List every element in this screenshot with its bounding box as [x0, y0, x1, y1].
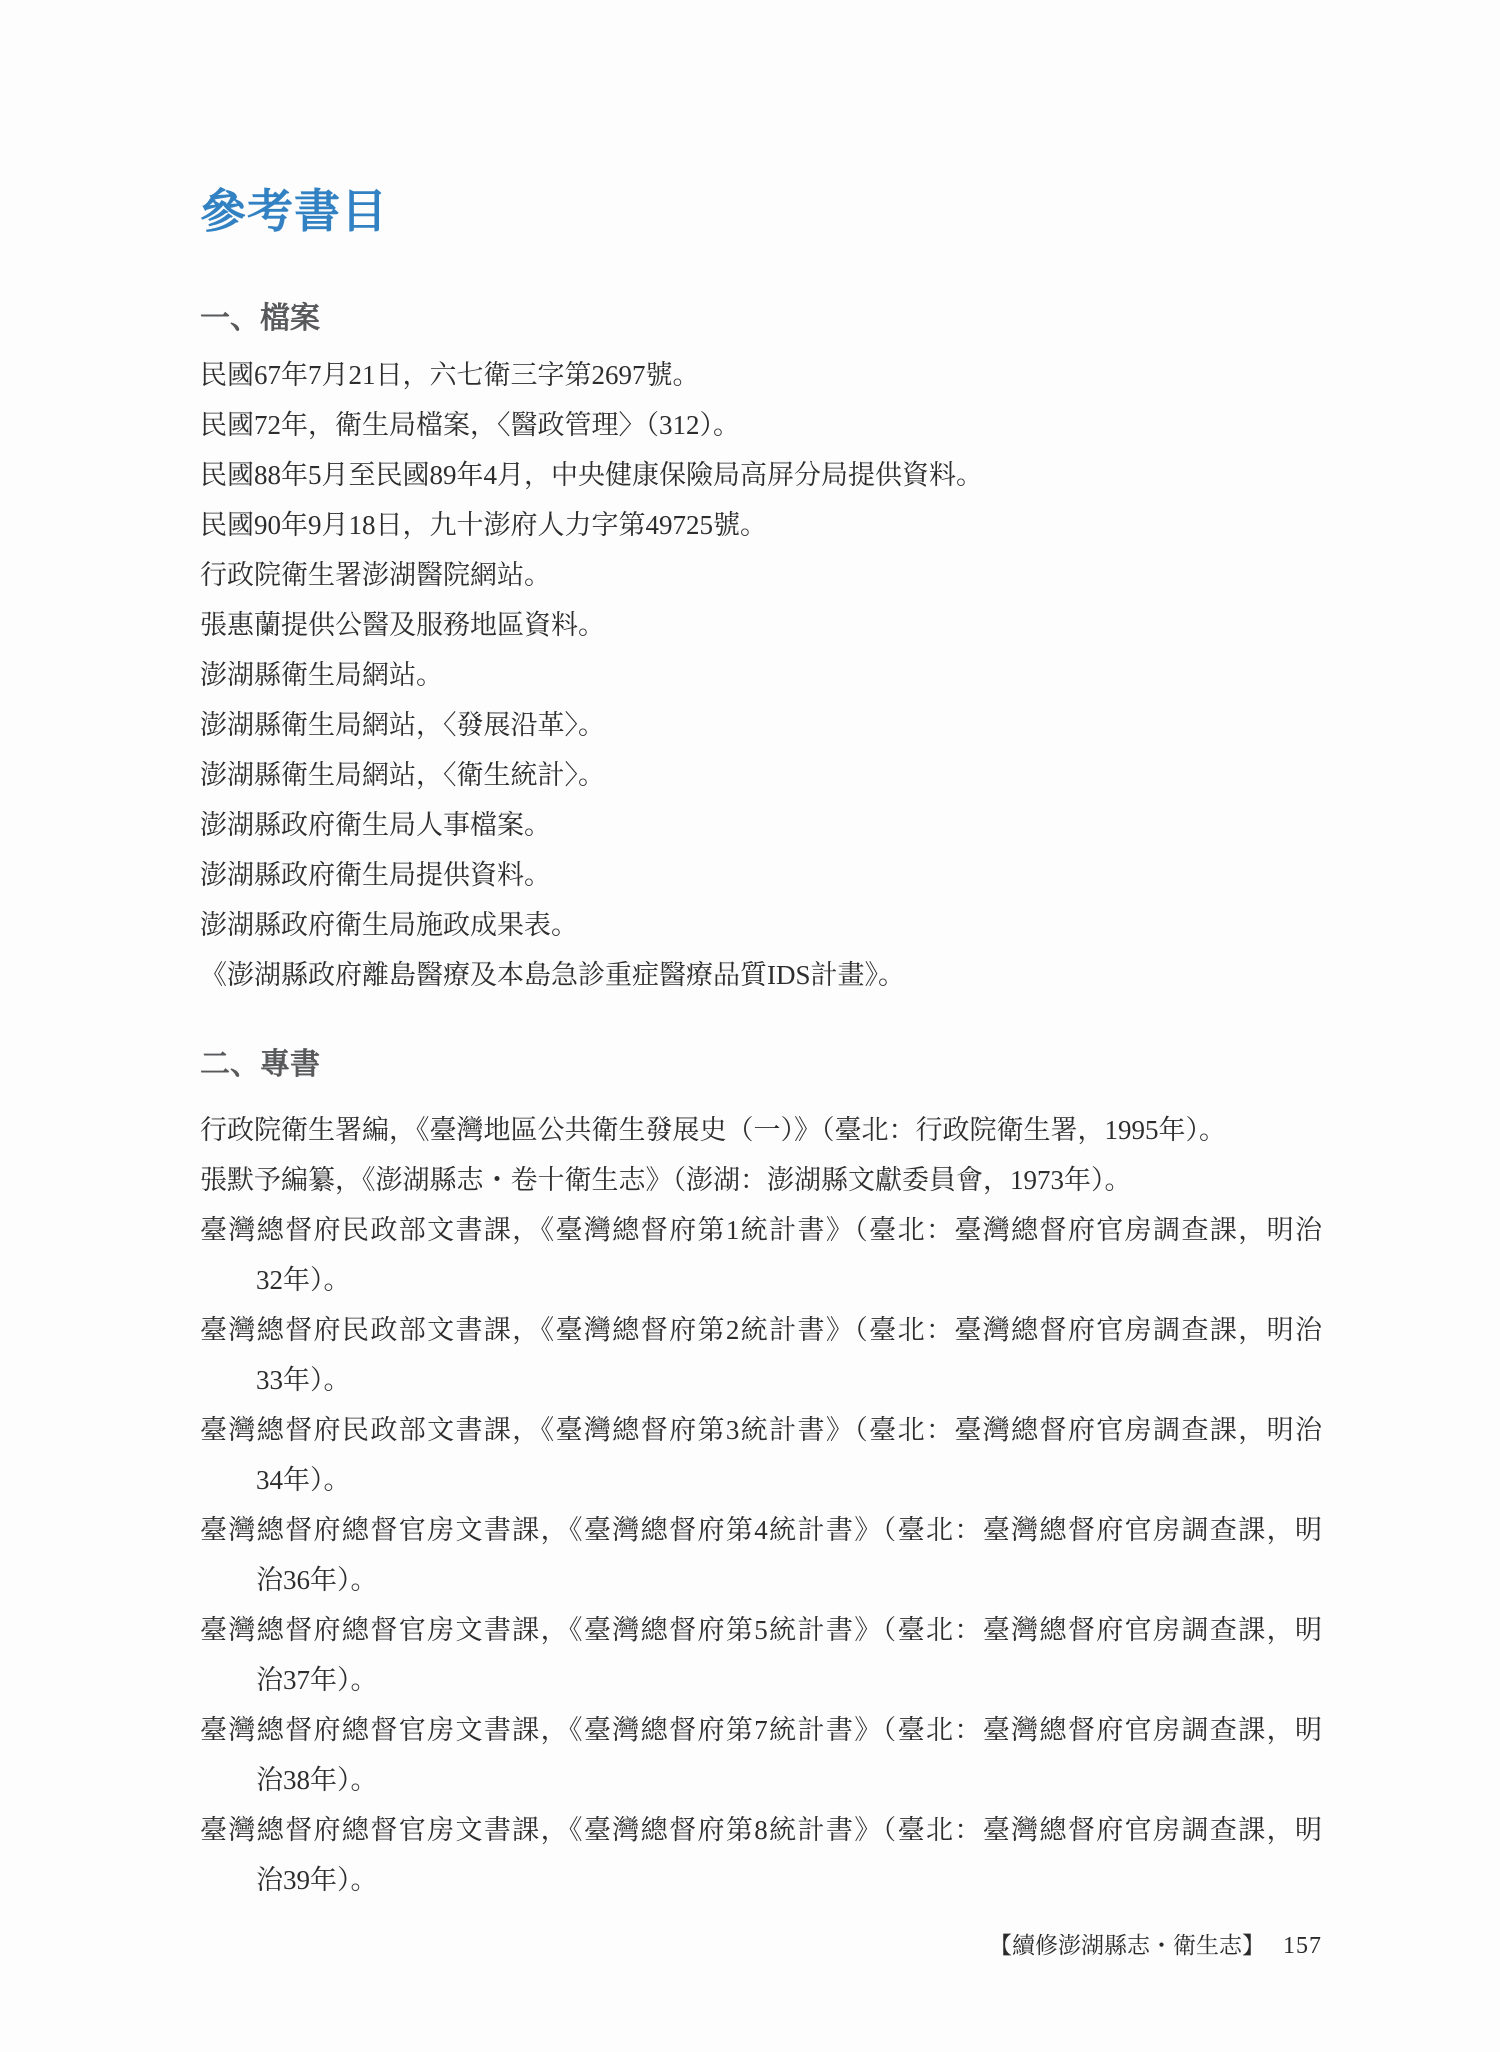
archives-entry-list: 民國67年7月21日，六七衛三字第2697號。 民國72年，衛生局檔案，〈醫政管… — [200, 350, 1322, 1000]
reference-entry-line: 臺灣總督府民政部文書課，《臺灣總督府第2統計書》（臺北：臺灣總督府官房調查課，明… — [200, 1305, 1322, 1355]
section-heading-books: 二、專書 — [200, 1044, 320, 1086]
reference-entry-line: 臺灣總督府總督官房文書課，《臺灣總督府第8統計書》（臺北：臺灣總督府官房調查課，… — [200, 1805, 1322, 1855]
continuation-line: 32年）。 — [200, 1255, 1322, 1305]
reference-entry: 《澎湖縣政府離島醫療及本島急診重症醫療品質IDS計畫》。 — [200, 950, 1322, 1000]
reference-entry: 臺灣總督府總督官房文書課，《臺灣總督府第7統計書》（臺北：臺灣總督府官房調查課，… — [200, 1705, 1322, 1805]
reference-entry: 張默予編纂，《澎湖縣志・卷十衛生志》（澎湖：澎湖縣文獻委員會，1973年）。 — [200, 1155, 1322, 1205]
reference-entry: 臺灣總督府總督官房文書課，《臺灣總督府第4統計書》（臺北：臺灣總督府官房調查課，… — [200, 1505, 1322, 1605]
reference-entry: 臺灣總督府民政部文書課，《臺灣總督府第1統計書》（臺北：臺灣總督府官房調查課，明… — [200, 1205, 1322, 1305]
reference-entry: 行政院衛生署編，《臺灣地區公共衛生發展史（一）》（臺北：行政院衛生署，1995年… — [200, 1105, 1322, 1155]
continuation-line: 治38年）。 — [200, 1755, 1322, 1805]
reference-entry: 臺灣總督府民政部文書課，《臺灣總督府第2統計書》（臺北：臺灣總督府官房調查課，明… — [200, 1305, 1322, 1405]
continuation-line: 治39年）。 — [200, 1855, 1322, 1905]
books-entry-list: 行政院衛生署編，《臺灣地區公共衛生發展史（一）》（臺北：行政院衛生署，1995年… — [200, 1105, 1322, 1905]
reference-entry-line: 張默予編纂，《澎湖縣志・卷十衛生志》（澎湖：澎湖縣文獻委員會，1973年）。 — [200, 1155, 1322, 1205]
reference-entry: 澎湖縣衛生局網站，〈發展沿革〉。 — [200, 700, 1322, 750]
reference-entry-line: 臺灣總督府民政部文書課，《臺灣總督府第1統計書》（臺北：臺灣總督府官房調查課，明… — [200, 1205, 1322, 1255]
reference-entry: 澎湖縣政府衛生局提供資料。 — [200, 850, 1322, 900]
book-title: 【續修澎湖縣志・衛生志】 — [989, 1921, 1265, 1971]
continuation-line: 治37年）。 — [200, 1655, 1322, 1705]
reference-entry: 民國90年9月18日，九十澎府人力字第49725號。 — [200, 500, 1322, 550]
reference-entry: 臺灣總督府總督官房文書課，《臺灣總督府第5統計書》（臺北：臺灣總督府官房調查課，… — [200, 1605, 1322, 1705]
section-heading-archives: 一、檔案 — [200, 298, 320, 340]
reference-entry-line: 臺灣總督府總督官房文書課，《臺灣總督府第7統計書》（臺北：臺灣總督府官房調查課，… — [200, 1705, 1322, 1755]
reference-entry: 張惠蘭提供公醫及服務地區資料。 — [200, 600, 1322, 650]
continuation-line: 33年）。 — [200, 1355, 1322, 1405]
reference-entry: 澎湖縣衛生局網站，〈衛生統計〉。 — [200, 750, 1322, 800]
reference-entry-line: 臺灣總督府總督官房文書課，《臺灣總督府第4統計書》（臺北：臺灣總督府官房調查課，… — [200, 1505, 1322, 1555]
reference-entry-line: 行政院衛生署編，《臺灣地區公共衛生發展史（一）》（臺北：行政院衛生署，1995年… — [200, 1105, 1322, 1155]
continuation-line: 34年）。 — [200, 1455, 1322, 1505]
reference-entry: 行政院衛生署澎湖醫院網站。 — [200, 550, 1322, 600]
document-page: 參考書目 一、檔案 民國67年7月21日，六七衛三字第2697號。 民國72年，… — [0, 0, 1500, 2052]
reference-entry: 澎湖縣政府衛生局人事檔案。 — [200, 800, 1322, 850]
reference-entry: 臺灣總督府總督官房文書課，《臺灣總督府第8統計書》（臺北：臺灣總督府官房調查課，… — [200, 1805, 1322, 1905]
reference-entry: 臺灣總督府民政部文書課，《臺灣總督府第3統計書》（臺北：臺灣總督府官房調查課，明… — [200, 1405, 1322, 1505]
page-title: 參考書目 — [200, 180, 388, 244]
page-footer: 【續修澎湖縣志・衛生志】 157 — [200, 1921, 1322, 1971]
page-number: 157 — [1283, 1921, 1322, 1971]
reference-entry: 澎湖縣衛生局網站。 — [200, 650, 1322, 700]
reference-entry: 民國67年7月21日，六七衛三字第2697號。 — [200, 350, 1322, 400]
reference-entry: 澎湖縣政府衛生局施政成果表。 — [200, 900, 1322, 950]
reference-entry-line: 臺灣總督府民政部文書課，《臺灣總督府第3統計書》（臺北：臺灣總督府官房調查課，明… — [200, 1405, 1322, 1455]
reference-entry: 民國72年，衛生局檔案，〈醫政管理〉（312）。 — [200, 400, 1322, 450]
continuation-line: 治36年）。 — [200, 1555, 1322, 1605]
reference-entry: 民國88年5月至民國89年4月，中央健康保險局高屏分局提供資料。 — [200, 450, 1322, 500]
reference-entry-line: 臺灣總督府總督官房文書課，《臺灣總督府第5統計書》（臺北：臺灣總督府官房調查課，… — [200, 1605, 1322, 1655]
